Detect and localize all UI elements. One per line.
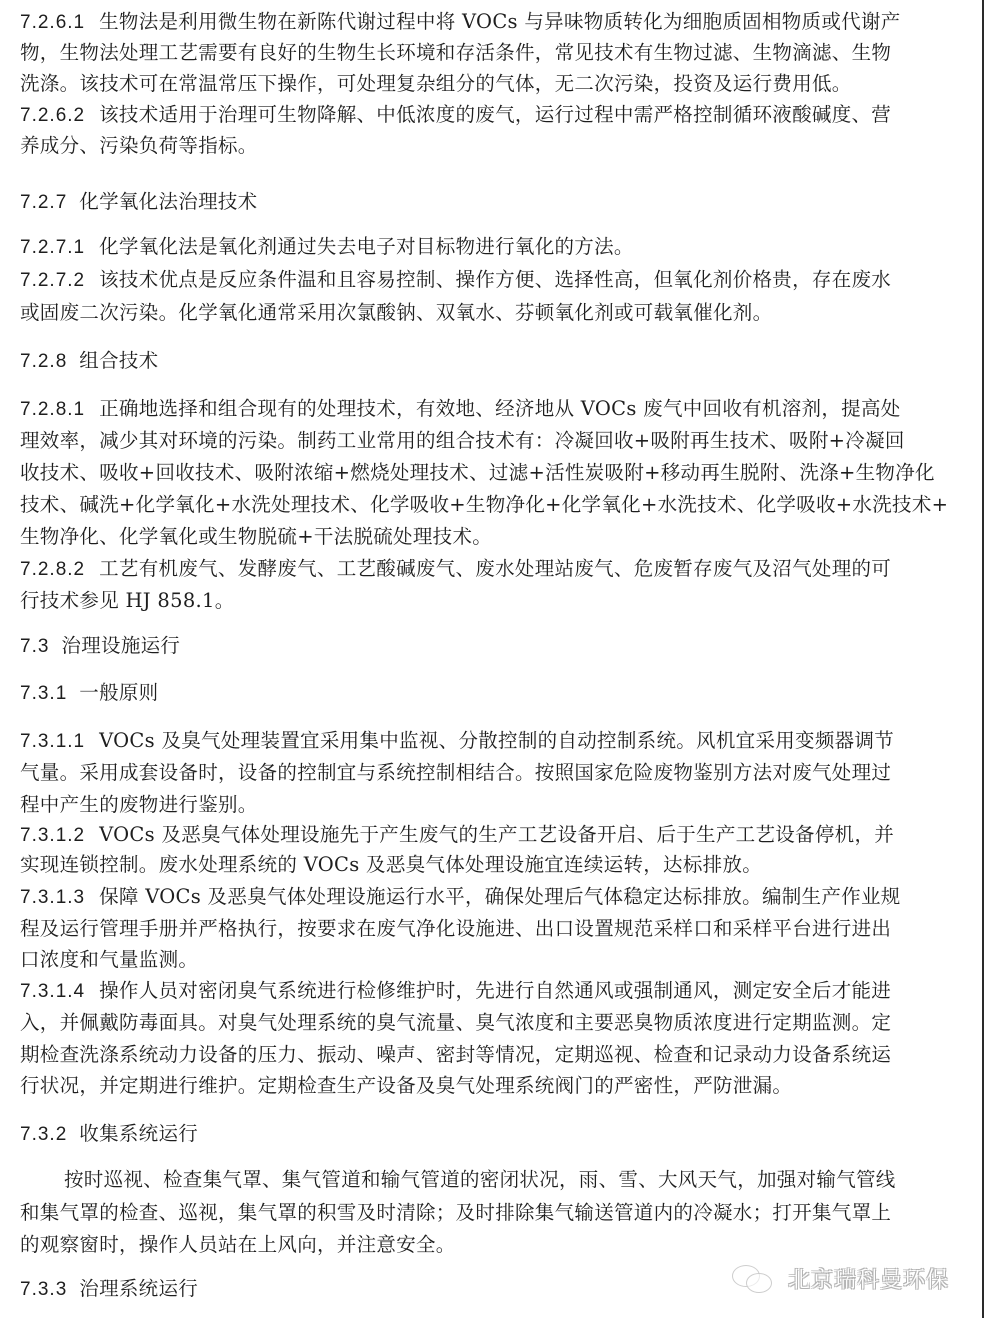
section-title: 一般原则 bbox=[79, 681, 158, 704]
clause-text: 化学氧化法是氧化剂通过失去电子对目标物进行氧化的方法。 bbox=[99, 235, 634, 258]
clause-text: 正确地选择和组合现有的处理技术，有效地、经济地从 VOCs 废气中回收有机溶剂，… bbox=[99, 397, 900, 420]
section-number: 7.3.1 bbox=[20, 683, 67, 704]
section-heading-7-3-1: 7.3.1一般原则 bbox=[20, 681, 960, 706]
section-heading-7-2-7: 7.2.7化学氧化法治理技术 bbox=[20, 190, 960, 215]
paragraph-line: 气量。采用成套设备时，设备的控制宜与系统控制相结合。按照国家危险废物鉴别方法对废… bbox=[20, 761, 960, 785]
clause-number: 7.3.1.2 bbox=[20, 825, 85, 846]
paragraph-line: 行技术参见 HJ 858.1。 bbox=[20, 589, 960, 613]
wechat-icon bbox=[730, 1261, 782, 1295]
section-heading-7-3: 7.3治理设施运行 bbox=[20, 634, 960, 659]
paragraph-line: 口浓度和气量监测。 bbox=[20, 948, 960, 972]
clause-text: 生物法是利用微生物在新陈代谢过程中将 VOCs 与异味物质转化为细胞质固相物质或… bbox=[99, 10, 900, 33]
paragraph-line: 养成分、污染负荷等指标。 bbox=[20, 134, 960, 158]
watermark: 北京瑞科曼环保 bbox=[730, 1258, 970, 1298]
paragraph-line: 洗涤。该技术可在常温常压下操作，可处理复杂组分的气体，无二次污染，投资及运行费用… bbox=[20, 72, 960, 96]
paragraph-line: 入，并佩戴防毒面具。对臭气处理系统的臭气流量、臭气浓度和主要恶臭物质浓度进行定期… bbox=[20, 1011, 960, 1035]
paragraph-line: 收技术、吸收+回收技术、吸附浓缩+燃烧处理技术、过滤+活性炭吸附+移动再生脱附、… bbox=[20, 461, 960, 485]
clause-number: 7.2.6.1 bbox=[20, 12, 85, 33]
paragraph-7-2-6-1: 7.2.6.1生物法是利用微生物在新陈代谢过程中将 VOCs 与异味物质转化为细… bbox=[20, 10, 960, 35]
section-number: 7.2.8 bbox=[20, 351, 67, 372]
clause-text: 操作人员对密闭臭气系统进行检修维护时，先进行自然通风或强制通风，测定安全后才能进 bbox=[99, 979, 891, 1002]
clause-text: 该技术适用于治理可生物降解、中低浓度的废气，运行过程中需严格控制循环液酸碱度、营 bbox=[99, 103, 891, 126]
paragraph-line: 按时巡视、检查集气罩、集气管道和输气管道的密闭状况，雨、雪、大风天气，加强对输气… bbox=[64, 1168, 984, 1192]
paragraph-line: 实现连锁控制。废水处理系统的 VOCs 及恶臭气体处理设施宜连续运转，达标排放。 bbox=[20, 853, 960, 877]
paragraph-7-3-1-4: 7.3.1.4操作人员对密闭臭气系统进行检修维护时，先进行自然通风或强制通风，测… bbox=[20, 979, 960, 1004]
paragraph-line: 或固废二次污染。化学氧化通常采用次氯酸钠、双氧水、芬顿氧化剂或可载氧催化剂。 bbox=[20, 301, 960, 325]
clause-text: 该技术优点是反应条件温和且容易控制、操作方便、选择性高，但氧化剂价格贵，存在废水 bbox=[99, 268, 891, 291]
paragraph-line: 物，生物法处理工艺需要有良好的生物生长环境和存活条件，常见技术有生物过滤、生物滴… bbox=[20, 41, 960, 65]
section-title: 收集系统运行 bbox=[79, 1122, 198, 1145]
clause-number: 7.2.7.1 bbox=[20, 237, 85, 258]
paragraph-line: 行状况，并定期进行维护。定期检查生产设备及臭气处理系统阀门的严密性，严防泄漏。 bbox=[20, 1074, 960, 1098]
paragraph-7-2-6-2: 7.2.6.2该技术适用于治理可生物降解、中低浓度的废气，运行过程中需严格控制循… bbox=[20, 103, 960, 128]
section-title: 组合技术 bbox=[79, 349, 158, 372]
paragraph-line: 程及运行管理手册并严格执行，按要求在废气净化设施进、出口设置规范采样口和采样平台… bbox=[20, 917, 960, 941]
section-number: 7.3 bbox=[20, 636, 49, 657]
paragraph-line: 的观察窗时，操作人员站在上风向，并注意安全。 bbox=[20, 1233, 960, 1257]
clause-text: 工艺有机废气、发酵废气、工艺酸碱废气、废水处理站废气、危废暂存废气及沼气处理的可 bbox=[99, 557, 891, 580]
section-number: 7.3.2 bbox=[20, 1124, 67, 1145]
paragraph-7-3-1-2: 7.3.1.2VOCs 及恶臭气体处理设施先于产生废气的生产工艺设备开启、后于生… bbox=[20, 823, 960, 848]
paragraph-7-3-1-1: 7.3.1.1VOCs 及臭气处理装置宜采用集中监视、分散控制的自动控制系统。风… bbox=[20, 729, 960, 754]
paragraph-7-2-7-1: 7.2.7.1化学氧化法是氧化剂通过失去电子对目标物进行氧化的方法。 bbox=[20, 235, 960, 260]
clause-number: 7.2.8.2 bbox=[20, 559, 85, 580]
section-title: 化学氧化法治理技术 bbox=[79, 190, 257, 213]
paragraph-line: 生物净化、化学氧化或生物脱硫+干法脱硫处理技术。 bbox=[20, 525, 960, 549]
clause-number: 7.3.1.3 bbox=[20, 887, 85, 908]
clause-text: VOCs 及臭气处理装置宜采用集中监视、分散控制的自动控制系统。风机宜采用变频器… bbox=[99, 729, 894, 752]
clause-text: 保障 VOCs 及恶臭气体处理设施运行水平，确保处理后气体稳定达标排放。编制生产… bbox=[99, 885, 900, 908]
section-title: 治理系统运行 bbox=[79, 1277, 198, 1300]
paragraph-line: 理效率，减少其对环境的污染。制药工业常用的组合技术有：冷凝回收+吸附再生技术、吸… bbox=[20, 429, 960, 453]
paragraph-line: 程中产生的废物进行鉴别。 bbox=[20, 793, 960, 817]
clause-number: 7.2.6.2 bbox=[20, 105, 85, 126]
section-number: 7.3.3 bbox=[20, 1279, 67, 1300]
paragraph-line: 技术、碱洗+化学氧化+水洗处理技术、化学吸收+生物净化+化学氧化+水洗技术、化学… bbox=[20, 493, 960, 517]
section-number: 7.2.7 bbox=[20, 192, 67, 213]
paragraph-line: 期检查洗涤系统动力设备的压力、振动、噪声、密封等情况，定期巡视、检查和记录动力设… bbox=[20, 1043, 960, 1067]
clause-number: 7.3.1.4 bbox=[20, 981, 85, 1002]
clause-number: 7.3.1.1 bbox=[20, 731, 85, 752]
paragraph-line: 和集气罩的检查、巡视，集气罩的积雪及时清除；及时排除集气输送管道内的冷凝水；打开… bbox=[20, 1201, 960, 1225]
section-heading-7-2-8: 7.2.8组合技术 bbox=[20, 349, 960, 374]
paragraph-7-2-8-1: 7.2.8.1正确地选择和组合现有的处理技术，有效地、经济地从 VOCs 废气中… bbox=[20, 397, 960, 422]
section-heading-7-3-2: 7.3.2收集系统运行 bbox=[20, 1122, 960, 1147]
paragraph-7-3-1-3: 7.3.1.3保障 VOCs 及恶臭气体处理设施运行水平，确保处理后气体稳定达标… bbox=[20, 885, 960, 910]
document-page: 7.2.6.1生物法是利用微生物在新陈代谢过程中将 VOCs 与异味物质转化为细… bbox=[0, 0, 984, 1318]
clause-number: 7.2.7.2 bbox=[20, 270, 85, 291]
clause-number: 7.2.8.1 bbox=[20, 399, 85, 420]
clause-text: VOCs 及恶臭气体处理设施先于产生废气的生产工艺设备开启、后于生产工艺设备停机… bbox=[99, 823, 894, 846]
paragraph-7-2-7-2: 7.2.7.2该技术优点是反应条件温和且容易控制、操作方便、选择性高，但氧化剂价… bbox=[20, 268, 960, 293]
paragraph-7-2-8-2: 7.2.8.2工艺有机废气、发酵废气、工艺酸碱废气、废水处理站废气、危废暂存废气… bbox=[20, 557, 960, 582]
watermark-text: 北京瑞科曼环保 bbox=[788, 1263, 949, 1294]
section-title: 治理设施运行 bbox=[61, 634, 180, 657]
